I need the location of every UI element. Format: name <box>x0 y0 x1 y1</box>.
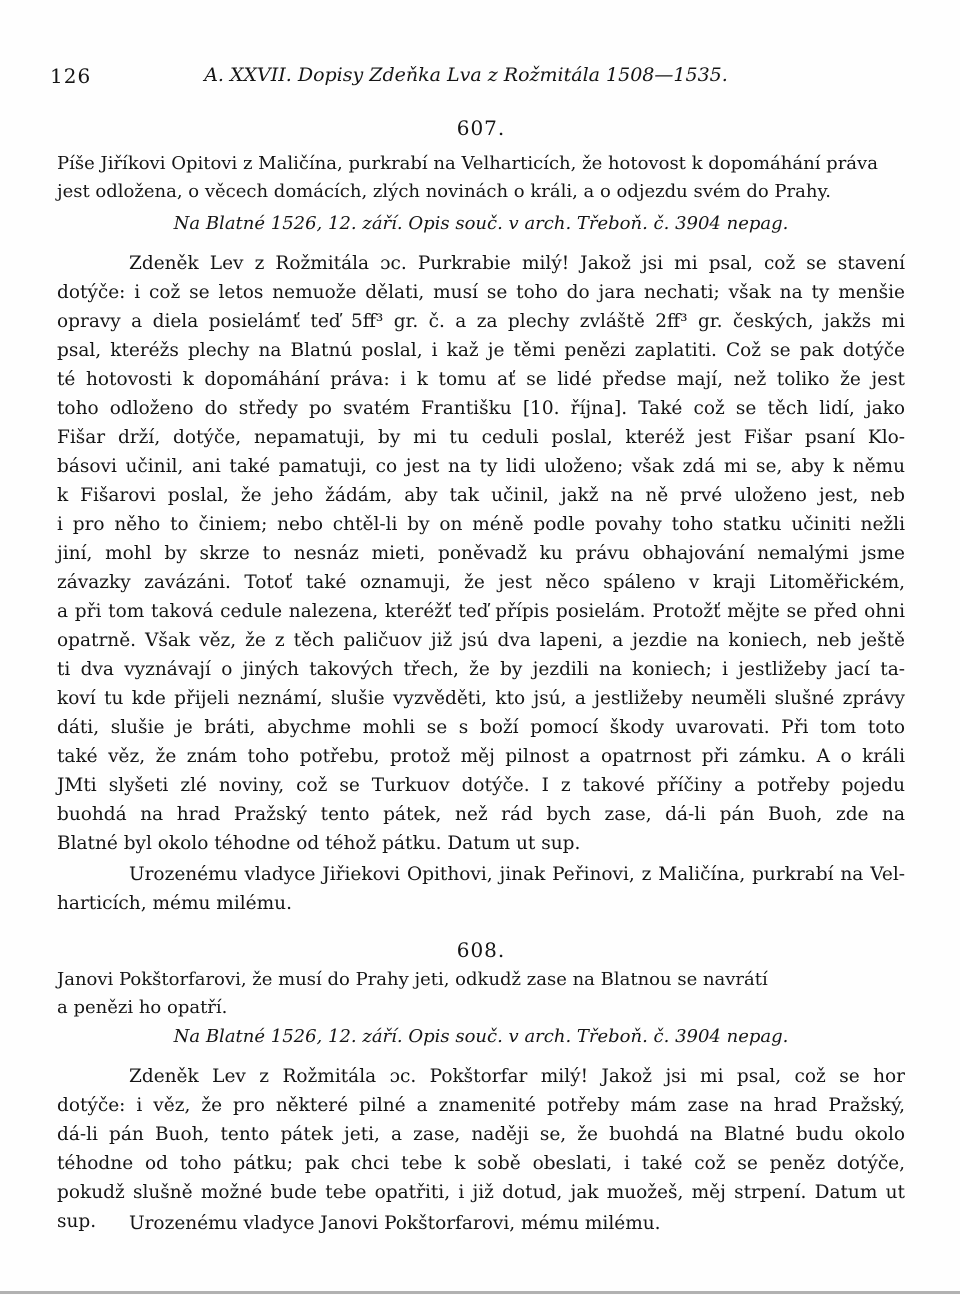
scan-edge-line <box>0 1291 960 1294</box>
body-text-line: opatrně. Však věz, že z těch paličuov ji… <box>57 626 905 655</box>
body-text-line: Fišar drží, dotýče, nepamatuji, by mi tu… <box>57 423 905 452</box>
running-title: A. XXVII. Dopisy Zdeňka Lva z Rožmitála … <box>57 64 875 86</box>
letter-608-number: 608. <box>57 938 905 962</box>
letter-607-address: Urozenému vladyce Jiřiekovi Opithovi, ji… <box>57 860 905 918</box>
letter-608-address: Urozenému vladyce Janovi Pokštorfarovi, … <box>57 1209 905 1238</box>
summary-line: jest odložena, o věcech domácích, zlých … <box>57 178 905 206</box>
letter-607-number: 607. <box>57 116 905 140</box>
body-text-line: básovi učinil, ani také pamatuji, co jes… <box>57 452 905 481</box>
body-text-line: psal, kteréžs plechy na Blatnú poslal, i… <box>57 336 905 365</box>
body-text-line: opravy a diela posielámť teď 5ﬀ³ gr. č. … <box>57 307 905 336</box>
body-text-line: i pro něho to činiem; nebo chtěl-li by o… <box>57 510 905 539</box>
body-text-line: Zdeněk Lev z Rožmitála ɔc. Pokštorfar mi… <box>57 1062 905 1091</box>
body-text-line: dotýče: i věz, že pro některé pilné a zn… <box>57 1091 905 1120</box>
body-text-line: dá-li pán Buoh, tento pátek jeti, a zase… <box>57 1120 905 1149</box>
summary-line: a penězi ho opatří. <box>57 994 905 1022</box>
body-text-line: a při tom taková cedule nalezena, kteréž… <box>57 597 905 626</box>
body-text-line: také věz, že znám toho potřebu, protož m… <box>57 742 905 771</box>
body-text-line: dáti, slušie je bráti, abychme mohli se … <box>57 713 905 742</box>
letter-607-source: Na Blatné 1526, 12. září. Opis souč. v a… <box>57 213 905 234</box>
body-text-line: jiní, mohl by skrze to nesnáz mieti, pon… <box>57 539 905 568</box>
summary-line: Janovi Pokštorfarovi, že musí do Prahy j… <box>57 966 905 994</box>
address-line: harticích, mému milému. <box>57 889 905 918</box>
body-text-line: závazky zavázáni. Totoť také oznamuji, ž… <box>57 568 905 597</box>
body-text-line: toho odloženo do středy po svatém Franti… <box>57 394 905 423</box>
running-head: 126 A. XXVII. Dopisy Zdeňka Lva z Rožmit… <box>57 64 905 90</box>
scanned-book-page: 126 A. XXVII. Dopisy Zdeňka Lva z Rožmit… <box>0 0 960 1295</box>
letter-607-body: Zdeněk Lev z Rožmitála ɔc. Purkrabie mil… <box>57 249 905 858</box>
body-text-line: JMti slyšeti zlé noviny, což se Turkuov … <box>57 771 905 800</box>
summary-line: Píše Jiříkovi Opitovi z Maličína, purkra… <box>57 150 905 178</box>
body-text-line: dotýče: i což se letos nemuože dělati, m… <box>57 278 905 307</box>
body-text-line: Zdeněk Lev z Rožmitála ɔc. Purkrabie mil… <box>57 249 905 278</box>
body-text-line: ti dva vyznávají o jiných takových třech… <box>57 655 905 684</box>
body-text-line: Blatné byl okolo téhodne od téhož pátku.… <box>57 829 905 858</box>
address-line: Urozenému vladyce Janovi Pokštorfarovi, … <box>57 1209 905 1238</box>
body-text-line: té hotovosti k dopomáhání práva: i k tom… <box>57 365 905 394</box>
body-text-line: koví tu kde přijeli neznámí, slušie vyzv… <box>57 684 905 713</box>
letter-608-summary: Janovi Pokštorfarovi, že musí do Prahy j… <box>57 966 905 1022</box>
body-text-line: buohdá na hrad Pražský tento pátek, než … <box>57 800 905 829</box>
body-text-line: téhodne od toho pátku; pak chci tebe k s… <box>57 1149 905 1178</box>
body-text-line: k Fišarovi poslal, že jeho žádám, aby ta… <box>57 481 905 510</box>
address-line: Urozenému vladyce Jiřiekovi Opithovi, ji… <box>57 860 905 889</box>
letter-607-summary: Píše Jiříkovi Opitovi z Maličína, purkra… <box>57 150 905 206</box>
letter-608-source: Na Blatné 1526, 12. září. Opis souč. v a… <box>57 1026 905 1047</box>
